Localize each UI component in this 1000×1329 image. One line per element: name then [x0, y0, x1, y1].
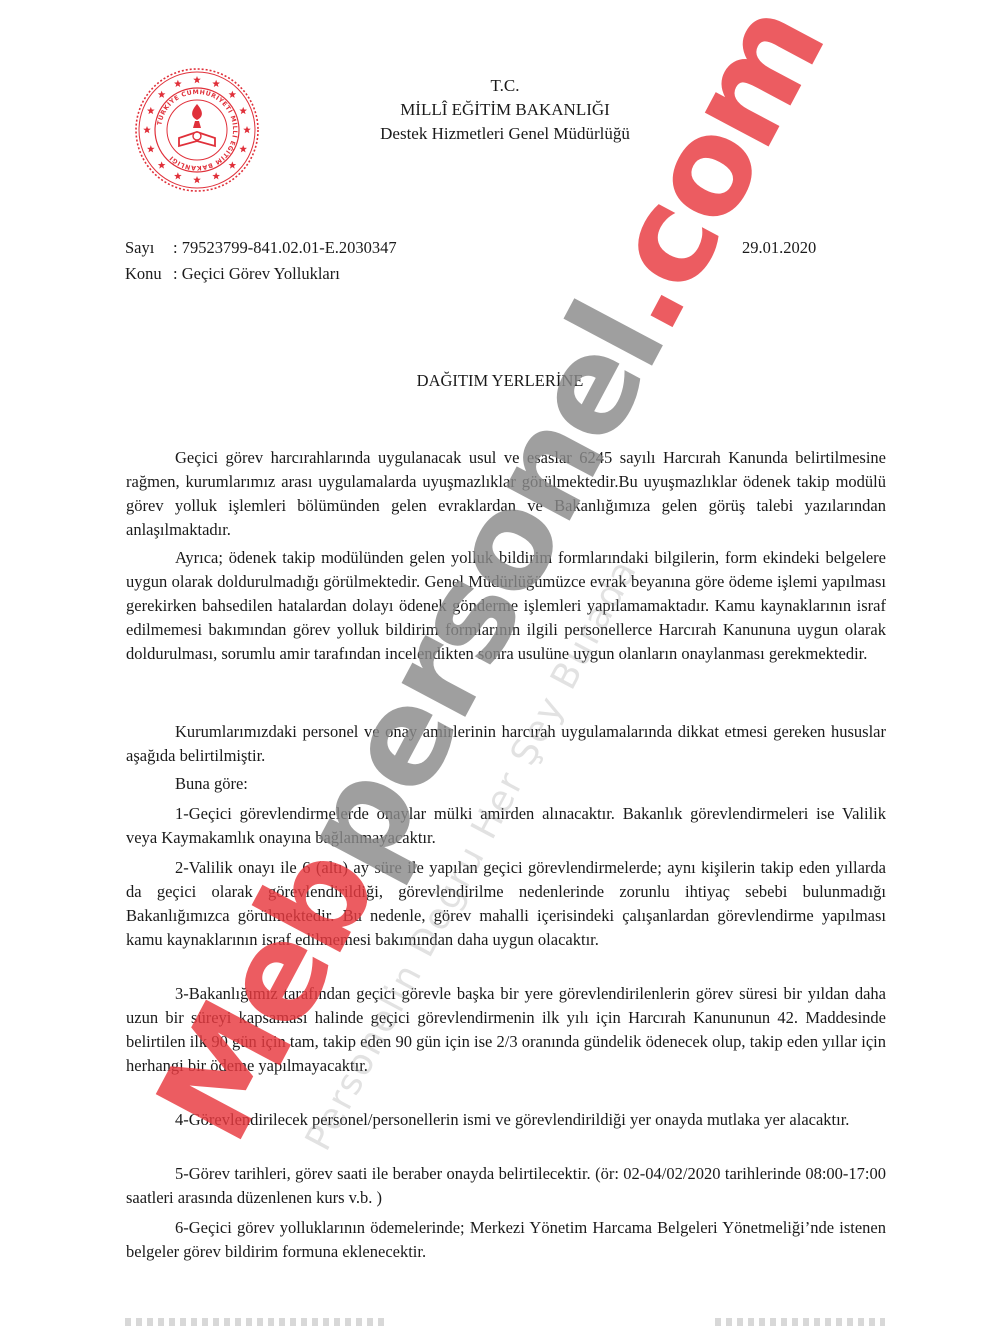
header-ministry: MİLLÎ EĞİTİM BAKANLIĞI	[330, 98, 680, 122]
footer-verification-text	[125, 1318, 385, 1326]
konu-label: Konu	[125, 263, 173, 285]
paragraph: Geçici görev harcırahlarında uygulanacak…	[126, 446, 886, 542]
paragraph: Buna göre:	[126, 772, 886, 796]
subject-row: Konu: Geçici Görev Yollukları	[125, 263, 340, 285]
list-item: 3-Bakanlığımız tarafından geçici görevle…	[126, 982, 886, 1102]
list-item: 2-Valilik onayı ile 6 (altı) ay süre ile…	[126, 856, 886, 976]
list-item: 1-Geçici görevlendirmelerde onaylar mülk…	[126, 802, 886, 850]
header-directorate: Destek Hizmetleri Genel Müdürlüğü	[330, 122, 680, 146]
recipients-heading: DAĞITIM YERLERİNE	[0, 370, 1000, 392]
header-state: T.C.	[330, 74, 680, 98]
paragraph: Kurumlarımızdaki personel ve onay amirle…	[126, 720, 886, 768]
document-page: TÜRKİYE CUMHURİYETİ MİLLÎ EĞİTİM BAKANLI…	[0, 0, 1000, 1329]
list-item: 6-Geçici görev yolluklarının ödemelerind…	[126, 1216, 886, 1264]
sayi-value: : 79523799-841.02.01-E.2030347	[173, 238, 397, 257]
list-item: 5-Görev tarihleri, görev saati ile berab…	[126, 1162, 886, 1210]
document-date: 29.01.2020	[742, 237, 816, 259]
paragraph: Ayrıca; ödenek takip modülünden gelen yo…	[126, 546, 886, 714]
letterhead: T.C. MİLLÎ EĞİTİM BAKANLIĞI Destek Hizme…	[330, 74, 680, 146]
meb-seal-icon: TÜRKİYE CUMHURİYETİ MİLLÎ EĞİTİM BAKANLI…	[133, 66, 261, 194]
list-item: 4-Görevlendirilecek personel/personeller…	[126, 1108, 886, 1156]
sayi-label: Sayı	[125, 237, 173, 259]
document-body: Geçici görev harcırahlarında uygulanacak…	[126, 446, 886, 1264]
reference-number-row: Sayı: 79523799-841.02.01-E.2030347	[125, 237, 397, 259]
footer-verification-code	[715, 1318, 885, 1326]
konu-value: : Geçici Görev Yollukları	[173, 264, 340, 283]
